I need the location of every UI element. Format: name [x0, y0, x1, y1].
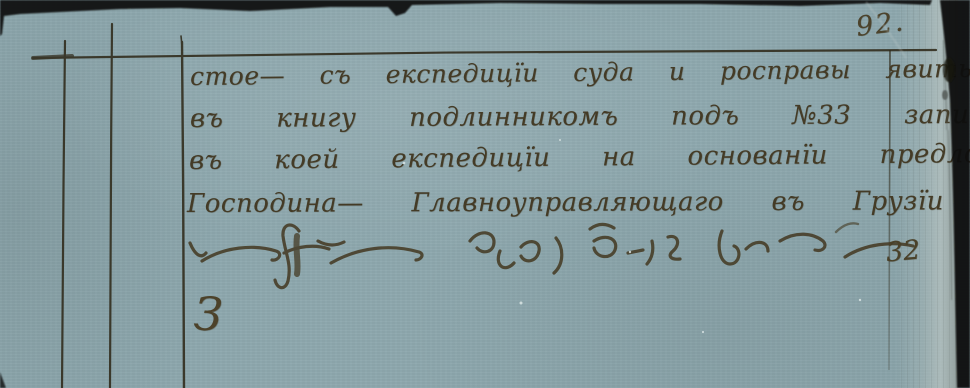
manuscript-scan: стое— съ експедицїи суда и росправы явит… — [0, 0, 970, 388]
paper-specks — [403, 139, 862, 333]
scan-edge-overlay — [0, 0, 970, 388]
top-scan-edge — [0, 0, 932, 36]
bottom-left-corner-shadow — [0, 372, 6, 388]
corner-crease — [866, 2, 906, 58]
